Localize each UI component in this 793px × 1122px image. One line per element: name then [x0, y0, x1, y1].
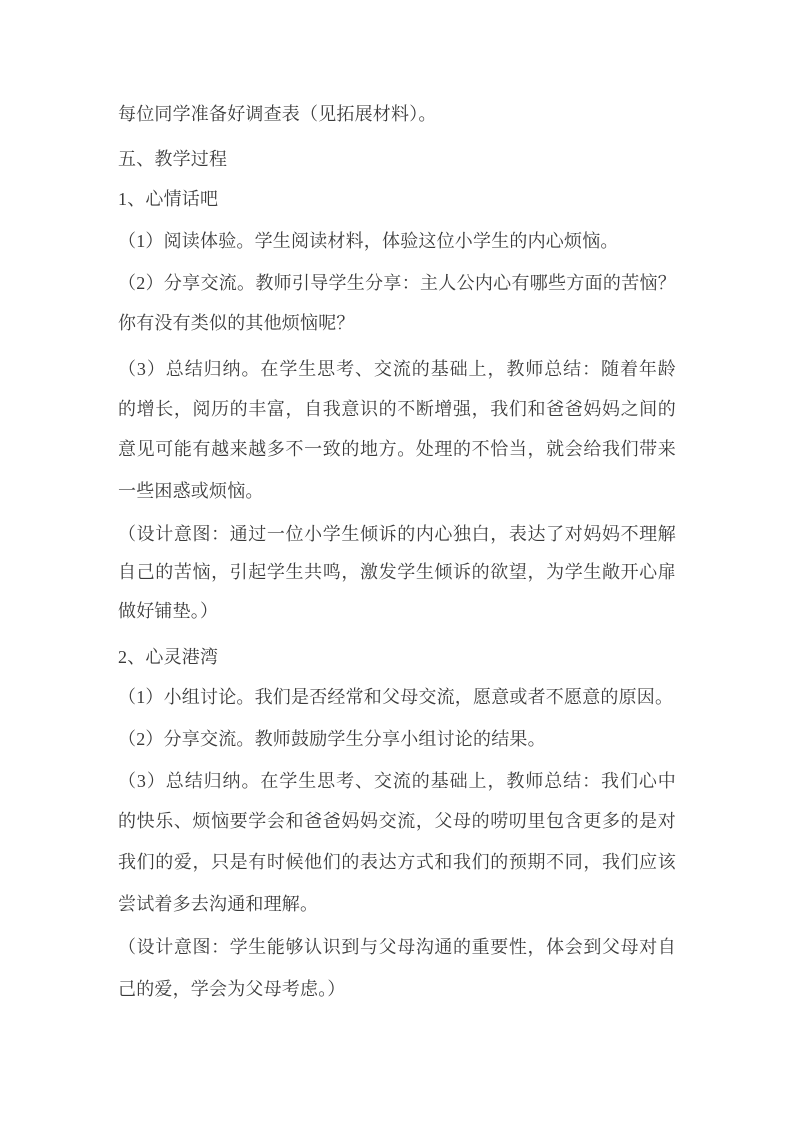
text-line: 自己的苦恼，引起学生共鸣，激发学生倾诉的欲望，为学生敞开心扉 [118, 561, 676, 584]
text-line: 意见可能有越来越多不一致的地方。处理的不恰当，就会给我们带来 [118, 438, 676, 461]
text-line: 己的爱，学会为父母考虑。） [118, 978, 676, 1001]
text-line: （设计意图：学生能够认识到与父母沟通的重要性，体会到父母对自 [118, 936, 676, 959]
document-page: 每位同学准备好调查表（见拓展材料）。 五、教学过程 1、心情话吧 （1）阅读体验… [0, 0, 793, 1122]
text-line: （设计意图：通过一位小学生倾诉的内心独白，表达了对妈妈不理解 [118, 523, 676, 546]
subsection-heading: 1、心情话吧 [118, 188, 676, 211]
text-line: 每位同学准备好调查表（见拓展材料）。 [118, 103, 676, 126]
text-line: （2）分享交流。教师引导学生分享：主人公内心有哪些方面的苦恼？ [118, 272, 676, 295]
text-line: （1）阅读体验。学生阅读材料，体验这位小学生的内心烦恼。 [118, 230, 676, 253]
text-line: （3）总结归纳。在学生思考、交流的基础上，教师总结：我们心中 [118, 770, 676, 793]
section-heading: 五、教学过程 [118, 148, 676, 171]
text-line: （2）分享交流。教师鼓励学生分享小组讨论的结果。 [118, 728, 676, 751]
text-line: （3）总结归纳。在学生思考、交流的基础上，教师总结：随着年龄 [118, 358, 676, 381]
text-line: 一些困惑或烦恼。 [118, 480, 676, 503]
text-line: 尝试着多去沟通和理解。 [118, 893, 676, 916]
text-line: 的快乐、烦恼要学会和爸爸妈妈交流，父母的唠叨里包含更多的是对 [118, 810, 676, 833]
text-line: （1）小组讨论。我们是否经常和父母交流，愿意或者不愿意的原因。 [118, 686, 676, 709]
text-line: 我们的爱，只是有时候他们的表达方式和我们的预期不同，我们应该 [118, 851, 676, 874]
text-line: 做好铺垫。） [118, 600, 676, 623]
text-line: 的增长，阅历的丰富，自我意识的不断增强，我们和爸爸妈妈之间的 [118, 398, 676, 421]
subsection-heading: 2、心灵港湾 [118, 646, 676, 669]
text-line: 你有没有类似的其他烦恼呢？ [118, 312, 676, 335]
